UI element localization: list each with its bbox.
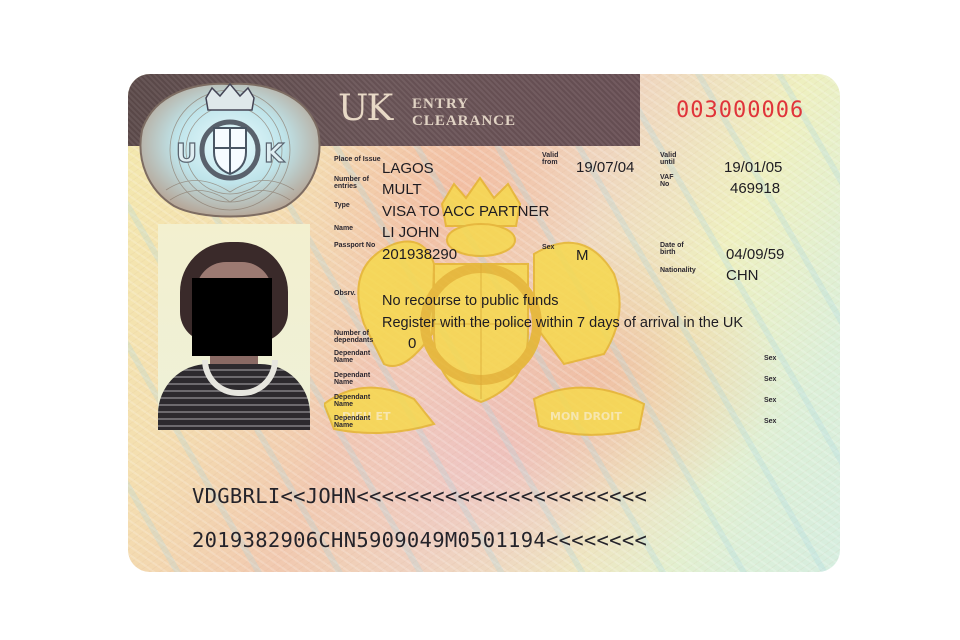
passport-no-value: 201938290 [382,246,457,263]
visa-card: U K UK ENTRY CLEARANCE 003000006 DIEU ET… [128,74,840,572]
number-of-dependants-label: Number of dependants [334,330,386,344]
vaf-no-value: 469918 [730,180,780,197]
name-value: LI JOHN [382,224,440,241]
name-label: Name [334,225,386,232]
sex-label: Sex [542,244,572,251]
sex-value: M [576,247,589,264]
serial-number: 003000006 [676,98,804,123]
title-line-1: ENTRY [412,96,516,113]
nationality-label: Nationality [660,267,720,274]
dependant-name-label: Dependant Name [334,394,386,408]
type-value: VISA TO ACC PARTNER [382,203,549,220]
document-type-title: ENTRY CLEARANCE [412,96,516,130]
number-of-entries-label: Number of entries [334,176,386,190]
observations-label: Obsrv. [334,290,386,297]
valid-until-value: 19/01/05 [724,159,782,176]
dependant-sex-label: Sex [764,376,784,383]
number-of-entries-value: MULT [382,181,422,198]
dependant-sex-label: Sex [764,397,784,404]
vaf-no-label: VAF No [660,174,684,188]
valid-from-value: 19/07/04 [576,159,634,176]
number-of-dependants-value: 0 [408,335,416,352]
mrz-line-1: VDGBRLI<<JOHN<<<<<<<<<<<<<<<<<<<<<<< [192,484,647,508]
redaction-box [192,278,272,356]
uk-logo-text: UK [338,88,391,129]
holder-photo [158,224,310,430]
uk-emblem-icon: U K [136,80,324,220]
date-of-birth-label: Date of birth [660,242,700,256]
mrz-line-2: 2019382906CHN5909049M0501194<<<<<<<< [192,528,647,552]
dependant-name-label: Dependant Name [334,415,386,429]
date-of-birth-value: 04/09/59 [726,246,784,263]
place-of-issue-label: Place of Issue [334,156,386,163]
passport-no-label: Passport No [334,242,386,249]
dependant-name-label: Dependant Name [334,350,386,364]
observation-line-1: No recourse to public funds [382,293,559,310]
place-of-issue-value: LAGOS [382,160,434,177]
nationality-value: CHN [726,267,759,284]
dependant-sex-label: Sex [764,418,784,425]
svg-text:U: U [176,139,197,169]
svg-text:K: K [264,139,285,169]
dependant-sex-label: Sex [764,355,784,362]
dependant-name-label: Dependant Name [334,372,386,386]
type-label: Type [334,202,386,209]
title-line-2: CLEARANCE [412,113,516,130]
svg-text:MON DROIT: MON DROIT [550,410,622,423]
valid-from-label: Valid from [542,152,572,166]
observation-line-2: Register with the police within 7 days o… [382,315,743,332]
valid-until-label: Valid until [660,152,690,166]
